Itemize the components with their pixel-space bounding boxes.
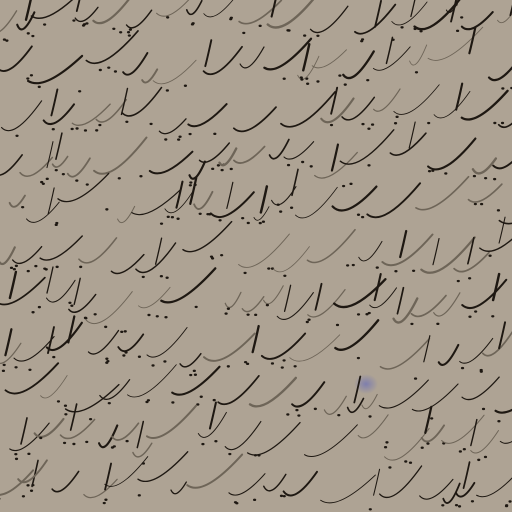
calligraphy-strokes [0, 0, 512, 512]
calligraphy-texture [0, 0, 512, 512]
